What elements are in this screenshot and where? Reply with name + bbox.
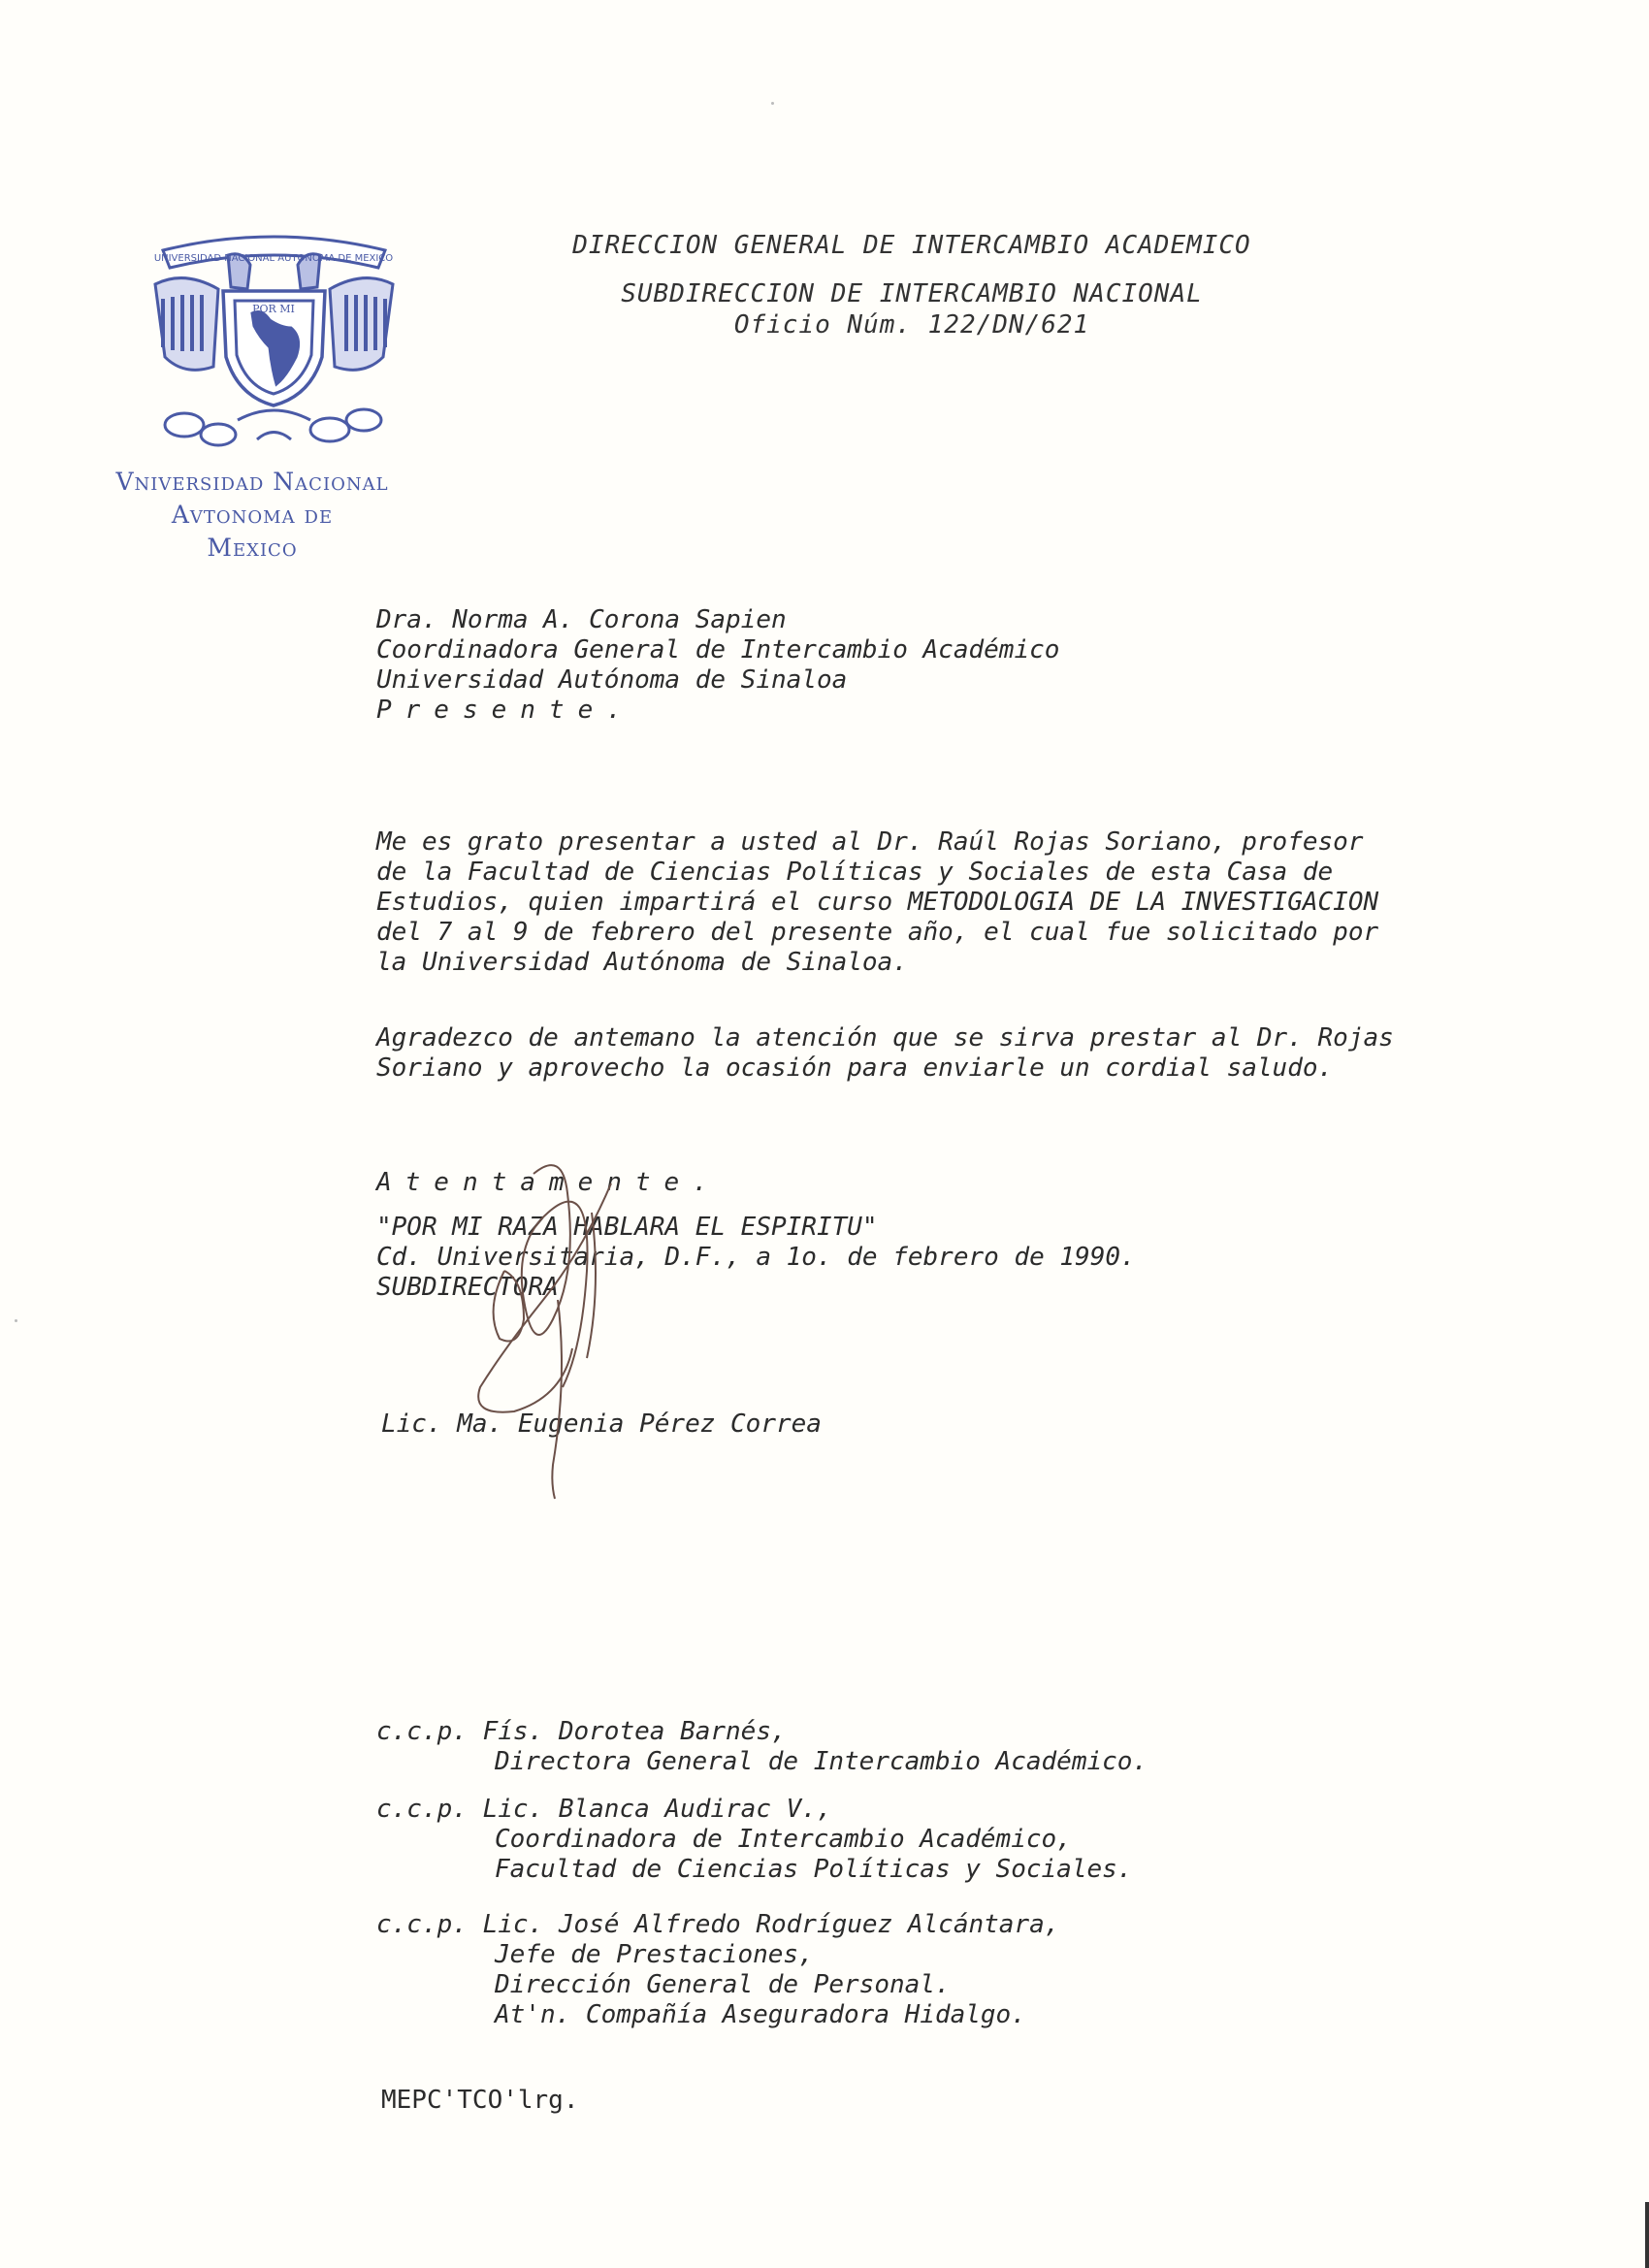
paragraph-line: del 7 al 9 de febrero del presente año, … [376,918,1378,948]
header-oficio-number: Oficio Núm. 122/DN/621 [524,310,1300,340]
cc-line: Coordinadora de Intercambio Académico, [376,1825,1132,1855]
paragraph-line: Soriano y aprovecho la ocasión para envi… [376,1053,1394,1084]
recipient-name: Dra. Norma A. Corona Sapien [376,605,1059,635]
handwritten-signature-icon [456,1154,650,1504]
cc-block-2: c.c.p. Lic. Blanca Audirac V., Coordinad… [376,1795,1132,1885]
paragraph-line: Me es grato presentar a usted al Dr. Raú… [376,827,1378,858]
unam-eagle-condor-crest-icon: UNIVERSIDAD NACIONAL AUTONOMA DE MEXICO … [145,231,403,459]
header-direction: DIRECCION GENERAL DE INTERCAMBIO ACADEMI… [524,231,1300,260]
svg-text:UNIVERSIDAD NACIONAL AUTONOMA: UNIVERSIDAD NACIONAL AUTONOMA DE MEXICO [154,253,393,264]
cc-line: Directora General de Intercambio Académi… [376,1747,1148,1777]
institution-line-1: Vniversidad Nacional [92,466,412,499]
recipient-salutation: Presente. [376,696,1059,726]
cc-prefix: c.c.p. [376,1795,468,1824]
cc-line: At'n. Compañía Aseguradora Hidalgo. [376,2000,1059,2030]
scan-speck [15,1319,17,1322]
recipient-institution: Universidad Autónoma de Sinaloa [376,665,1059,696]
cc-line: Jefe de Prestaciones, [376,1940,1059,1970]
cc-line: Lic. Blanca Audirac V., [483,1795,832,1824]
paragraph-line: Agradezco de antemano la atención que se… [376,1023,1394,1053]
recipient-block: Dra. Norma A. Corona Sapien Coordinadora… [376,605,1059,726]
body-paragraph-2: Agradezco de antemano la atención que se… [376,1023,1394,1084]
paragraph-line: de la Facultad de Ciencias Políticas y S… [376,858,1378,888]
svg-text:POR MI: POR MI [252,303,295,315]
institution-name: Vniversidad Nacional Avtonoma de Mexico [92,466,412,565]
cc-line: Dirección General de Personal. [376,1970,1059,2000]
cc-line: Facultad de Ciencias Políticas y Sociale… [376,1855,1132,1885]
reference-initials: MEPC'TCO'lrg. [381,2086,579,2116]
cc-block-1: c.c.p. Fís. Dorotea Barnés, Directora Ge… [376,1717,1148,1777]
cc-prefix: c.c.p. [376,1717,468,1746]
header-subdirection: SUBDIRECCION DE INTERCAMBIO NACIONAL [524,279,1300,308]
cc-line: Fís. Dorotea Barnés, [483,1717,787,1746]
scan-edge [1645,2202,1649,2268]
cc-block-3: c.c.p. Lic. José Alfredo Rodríguez Alcán… [376,1910,1059,2030]
unam-crest: UNIVERSIDAD NACIONAL AUTONOMA DE MEXICO … [145,231,403,459]
cc-line: Lic. José Alfredo Rodríguez Alcántara, [483,1910,1060,1939]
body-paragraph-1: Me es grato presentar a usted al Dr. Raú… [376,827,1378,978]
paragraph-line: Estudios, quien impartirá el curso METOD… [376,888,1378,918]
institution-line-3: Mexico [92,532,412,565]
cc-prefix: c.c.p. [376,1910,468,1939]
scan-speck [771,102,774,105]
institution-line-2: Avtonoma de [92,499,412,532]
recipient-title: Coordinadora General de Intercambio Acad… [376,635,1059,665]
paragraph-line: la Universidad Autónoma de Sinaloa. [376,948,1378,978]
